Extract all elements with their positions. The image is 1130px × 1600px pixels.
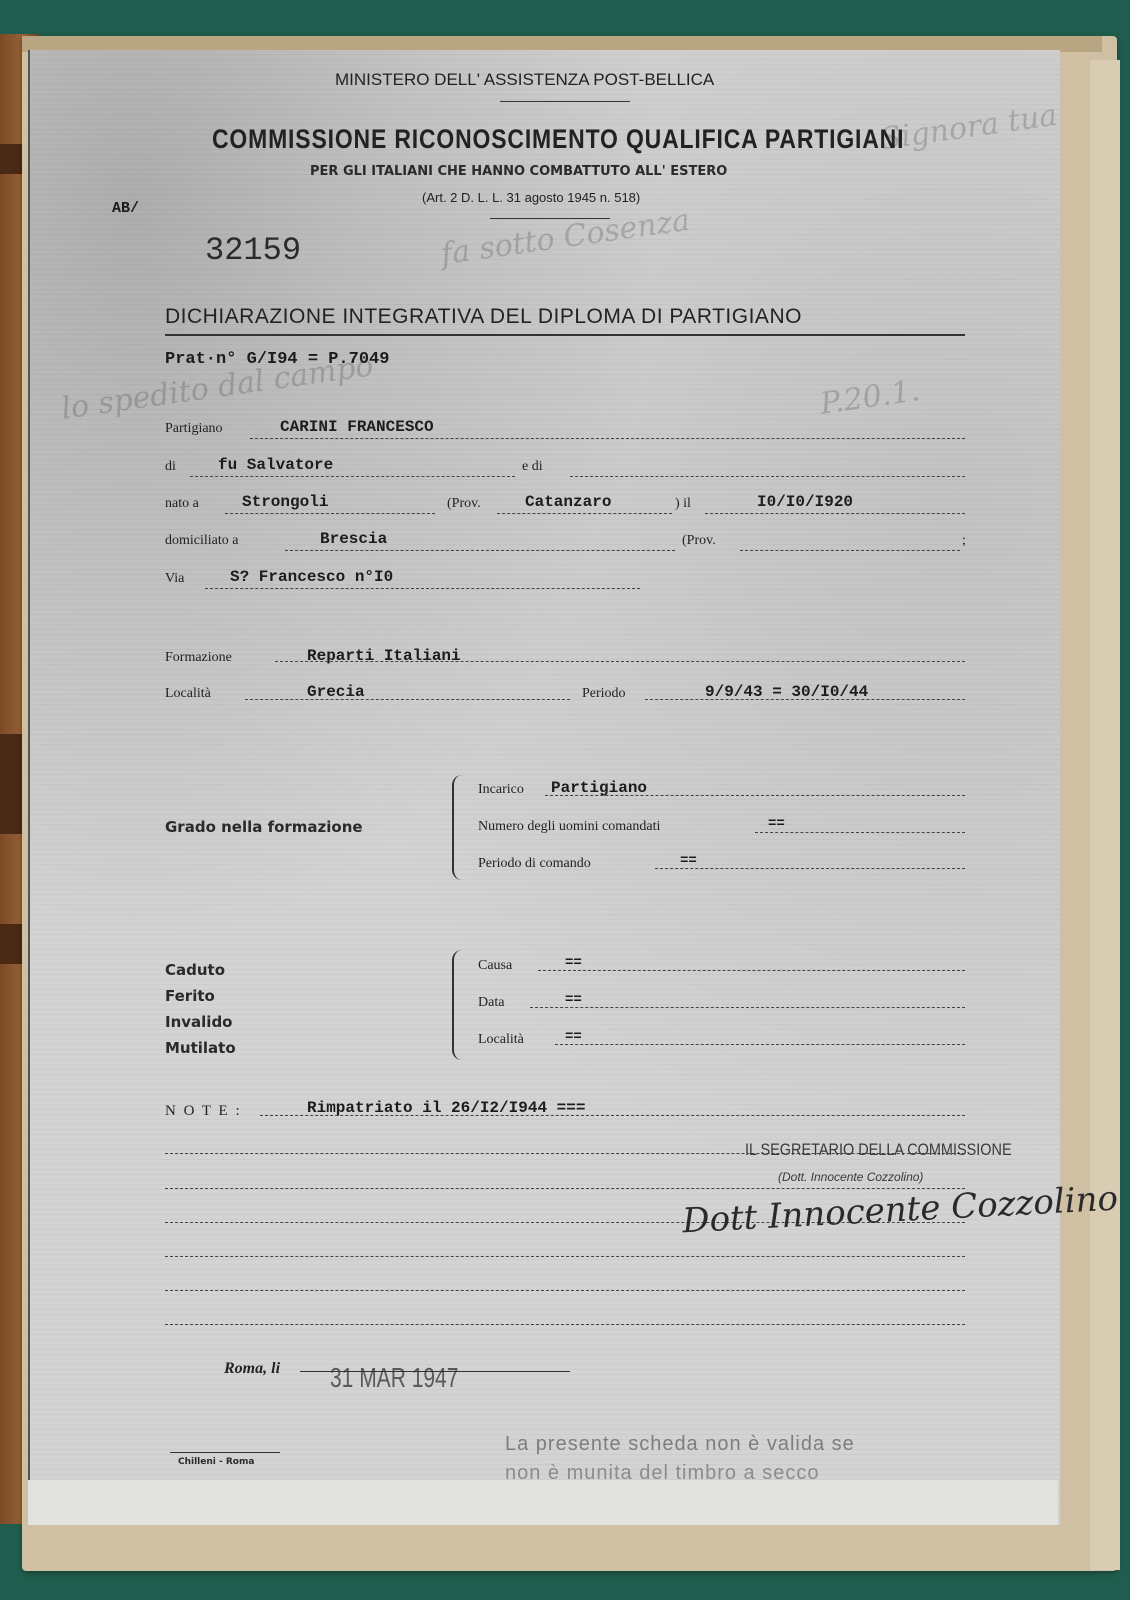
note-line [165, 1290, 965, 1291]
grado-label: Grado nella formazione [165, 818, 363, 836]
validity-note-line2: non è munita del timbro a secco [505, 1462, 820, 1480]
ministry-heading: MINISTERO DELL' ASSISTENZA POST-BELLICA [335, 70, 714, 90]
birthplace-value: Strongoli [242, 493, 328, 511]
e-di-label: e di [522, 459, 543, 475]
numero-uomini-value: == [768, 816, 785, 832]
header-divider [500, 101, 630, 102]
note-line [260, 1115, 965, 1116]
status-ferito: Ferito [165, 987, 215, 1005]
place-date-label: Roma, li [224, 1360, 280, 1378]
validity-note-line1: La presente scheda non è valida se [505, 1433, 855, 1456]
commission-subtitle: PER GLI ITALIANI CHE HANNO COMBATTUTO AL… [310, 164, 727, 179]
printer-credit: Chilleni - Roma [178, 1457, 254, 1467]
header-divider [490, 218, 610, 219]
law-reference: (Art. 2 D. L. L. 31 agosto 1945 n. 518) [422, 190, 640, 205]
mother-line [570, 476, 965, 477]
formazione-line [275, 661, 965, 662]
nato-a-label: nato a [165, 496, 199, 512]
prov-domicile-close: ; [962, 533, 966, 549]
data-line [530, 1007, 965, 1008]
causa-label: Causa [478, 958, 512, 974]
secretary-title: IL SEGRETARIO DELLA COMMISSIONE [745, 1140, 1012, 1160]
printer-divider [170, 1452, 280, 1453]
date-stamp: 31 MAR 1947 [330, 1362, 458, 1394]
document-title: DICHIARAZIONE INTEGRATIVA DEL DIPLOMA DI… [165, 305, 802, 329]
practice-number: Prat·n° G/I94 = P.7049 [165, 350, 389, 369]
numero-uomini-label: Numero degli uomini comandati [478, 819, 660, 835]
note-label: N O T E : [165, 1103, 242, 1120]
father-value: fu Salvatore [218, 456, 333, 474]
partigiano-value: CARINI FRANCESCO [280, 418, 434, 436]
status-invalido: Invalido [165, 1013, 233, 1031]
note-line [165, 1256, 965, 1257]
birthplace-line [225, 513, 435, 514]
status-mutilato: Mutilato [165, 1039, 236, 1057]
father-line [190, 476, 515, 477]
via-label: Via [165, 571, 184, 587]
incarico-label: Incarico [478, 782, 524, 798]
commission-title: COMMISSIONE RICONOSCIMENTO QUALIFICA PAR… [212, 124, 904, 155]
formazione-label: Formazione [165, 650, 232, 666]
periodo-comando-line [655, 868, 965, 869]
partigiano-line [250, 438, 965, 439]
reference-prefix: AB/ [112, 200, 139, 217]
via-line [205, 588, 640, 589]
document-sheet [28, 50, 1060, 1525]
prov-birth-value: Catanzaro [525, 493, 611, 511]
periodo-comando-label: Periodo di comando [478, 856, 591, 872]
status-localita-line [555, 1044, 965, 1045]
birthdate-value: I0/I0/I920 [757, 493, 853, 511]
localita-line [245, 699, 570, 700]
status-localita-value: == [565, 1029, 582, 1045]
status-brace [452, 950, 468, 1060]
domicile-line [285, 550, 675, 551]
birthdate-line [705, 513, 965, 514]
partigiano-label: Partigiano [165, 421, 223, 437]
data-label: Data [478, 995, 504, 1011]
note-line [165, 1324, 965, 1325]
numero-uomini-line [755, 832, 965, 833]
causa-line [538, 970, 965, 971]
di-label: di [165, 459, 176, 475]
title-underline [165, 334, 965, 336]
via-value: S? Francesco n°I0 [230, 568, 393, 586]
grado-brace [452, 775, 468, 880]
formazione-value: Reparti Italiani [307, 647, 461, 665]
periodo-line [645, 699, 965, 700]
cardboard-right-edge [1090, 60, 1120, 1570]
birthdate-label: ) il [675, 496, 691, 512]
secretary-name: (Dott. Innocente Cozzolino) [778, 1170, 923, 1184]
document-bottom-margin [28, 1480, 1058, 1525]
domicile-value: Brescia [320, 530, 387, 548]
periodo-label: Periodo [582, 686, 626, 702]
domicile-label: domiciliato a [165, 533, 238, 549]
status-localita-label: Località [478, 1032, 524, 1048]
localita-label: Località [165, 686, 211, 702]
prov-domicile-line [740, 550, 960, 551]
data-value: == [565, 992, 582, 1008]
prov-domicile-label: (Prov. [682, 533, 716, 549]
reference-number: 32159 [205, 232, 301, 269]
incarico-line [545, 795, 965, 796]
causa-value: == [565, 955, 582, 971]
status-caduto: Caduto [165, 961, 225, 979]
note-line [165, 1188, 965, 1189]
periodo-comando-value: == [680, 853, 697, 869]
prov-birth-line [497, 513, 672, 514]
prov-birth-label: (Prov. [447, 496, 481, 512]
